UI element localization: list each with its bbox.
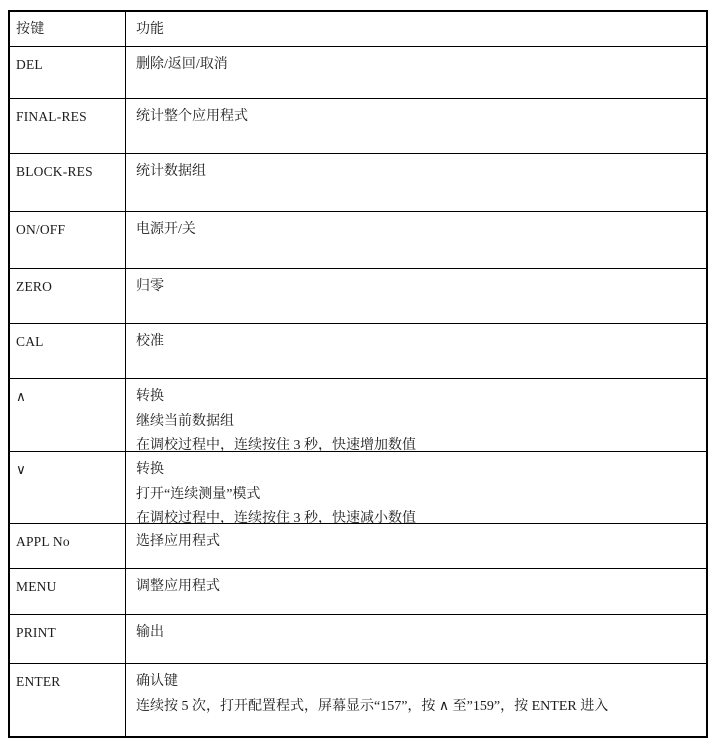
func-cell: 输出 [126,615,706,663]
func-cell: 校准 [126,324,706,378]
table-row: CAL校准 [10,324,706,379]
table-row: FINAL-RES统计整个应用程式 [10,99,706,154]
func-line: 打开“连续测量”模式 [136,483,698,508]
key-cell: FINAL-RES [10,99,126,153]
key-function-table: 按键 功能 DEL删除/返回/取消FINAL-RES统计整个应用程式BLOCK-… [8,10,708,738]
func-cell: 确认键连续按 5 次，打开配置程式，屏幕显示“157”，按 ∧ 至”159”，按… [126,664,706,736]
key-cell: APPL No [10,524,126,568]
func-line: 统计整个应用程式 [136,105,698,130]
func-cell: 电源开/关 [126,212,706,268]
func-cell: 统计整个应用程式 [126,99,706,153]
table-row: MENU调整应用程式 [10,569,706,615]
func-line: 在调校过程中，连续按住 3 秒，快速增加数值 [136,434,698,451]
key-cell: BLOCK-RES [10,154,126,211]
header-cell-key: 按键 [10,12,126,46]
table-row: ON/OFF电源开/关 [10,212,706,269]
func-cell: 删除/返回/取消 [126,47,706,98]
func-cell: 转换打开“连续测量”模式在调校过程中，连续按住 3 秒，快速减小数值 [126,452,706,523]
func-cell: 调整应用程式 [126,569,706,614]
table-row: PRINT输出 [10,615,706,664]
table-row: ENTER确认键连续按 5 次，打开配置程式，屏幕显示“157”，按 ∧ 至”1… [10,664,706,736]
key-cell: PRINT [10,615,126,663]
table-row: ∧转换继续当前数据组在调校过程中，连续按住 3 秒，快速增加数值 [10,379,706,452]
func-line: 继续当前数据组 [136,410,698,435]
table-header-row: 按键 功能 [10,12,706,47]
key-cell: MENU [10,569,126,614]
key-cell: ∨ [10,452,126,523]
table-row: DEL删除/返回/取消 [10,47,706,99]
key-cell: ON/OFF [10,212,126,268]
key-cell: ∧ [10,379,126,451]
func-line: 转换 [136,458,698,483]
func-line: 统计数据组 [136,160,698,185]
key-cell: DEL [10,47,126,98]
func-line: 调整应用程式 [136,575,698,600]
document-page: 按键 功能 DEL删除/返回/取消FINAL-RES统计整个应用程式BLOCK-… [0,0,714,746]
func-cell: 统计数据组 [126,154,706,211]
func-line: 输出 [136,621,698,646]
func-cell: 归零 [126,269,706,323]
func-line: 选择应用程式 [136,530,698,555]
key-cell: ZERO [10,269,126,323]
table-row: APPL No选择应用程式 [10,524,706,569]
func-line: 删除/返回/取消 [136,53,698,78]
func-line: 转换 [136,385,698,410]
func-line: 归零 [136,275,698,300]
func-line: 确认键 [136,670,698,695]
key-cell: ENTER [10,664,126,736]
table-row: ∨转换打开“连续测量”模式在调校过程中，连续按住 3 秒，快速减小数值 [10,452,706,524]
func-line: 在调校过程中，连续按住 3 秒，快速减小数值 [136,507,698,523]
key-cell: CAL [10,324,126,378]
table-row: ZERO归零 [10,269,706,324]
func-line: 连续按 5 次，打开配置程式，屏幕显示“157”，按 ∧ 至”159”，按 EN… [136,695,698,720]
func-line: 校准 [136,330,698,355]
func-line: 电源开/关 [136,218,698,243]
func-cell: 选择应用程式 [126,524,706,568]
table-row: BLOCK-RES统计数据组 [10,154,706,212]
header-cell-func: 功能 [126,12,706,46]
func-cell: 转换继续当前数据组在调校过程中，连续按住 3 秒，快速增加数值 [126,379,706,451]
